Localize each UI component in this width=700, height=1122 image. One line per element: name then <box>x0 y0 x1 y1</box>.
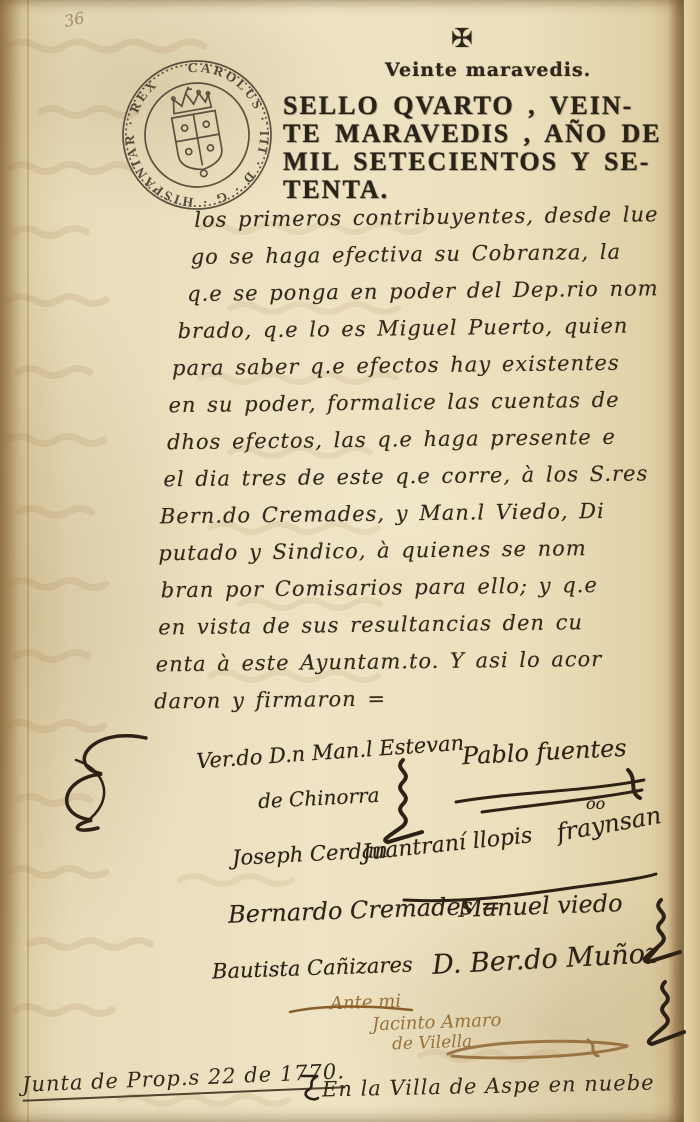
rubric-flourish <box>46 730 161 835</box>
manuscript-line: para saber q.e efectos hay existentes <box>172 351 620 380</box>
manuscript-line: go se haga efectiva su Cobranza, la <box>191 240 622 269</box>
manuscript-line: bran por Comisarios para ello; y q.e <box>161 573 598 602</box>
manuscript-line: daron y firmaron = <box>154 687 386 714</box>
manuscript-line: enta à este Ayuntam.to. Y asi lo acor <box>156 647 603 676</box>
manuscript-line: q.e se ponga en poder del Dep.rio nom <box>187 276 659 306</box>
manuscript-line: brado, q.e lo es Miguel Puerto, quien <box>177 314 628 344</box>
manuscript-line: en vista de sus resultancias den cu <box>158 610 583 639</box>
separator-curl <box>296 1072 322 1106</box>
footer-flourish <box>438 1036 638 1066</box>
manuscript-line: dhos efectos, las q.e haga presente e <box>167 425 616 454</box>
manuscript-page: 36 ✠ Veinte maravedis. CAROLUS · III · D… <box>0 0 700 1122</box>
signature-viedo: Manuel viedo <box>458 889 623 923</box>
manuscript-line: Bern.do Cremades, y Man.l Viedo, Di <box>160 499 605 528</box>
manuscript-line: putado y Sindico, à quienes se nom <box>158 536 587 565</box>
manuscript-body: los primeros contribuyentes, desde lue g… <box>0 0 700 724</box>
manuscript-line: los primeros contribuyentes, desde lue <box>194 202 659 232</box>
rubric-knot <box>378 756 428 846</box>
rubric-knot <box>640 978 690 1048</box>
manuscript-line: el dia tres de este q.e corre, à los S.r… <box>163 461 648 491</box>
manuscript-line: en su poder, formalice las cuentas de <box>168 388 619 418</box>
